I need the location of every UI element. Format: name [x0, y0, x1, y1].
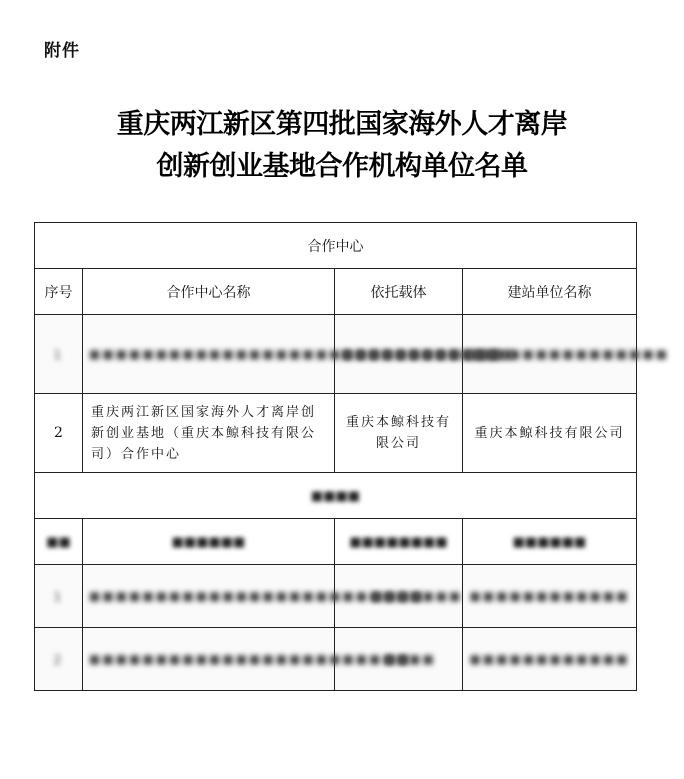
- col-header-carrier: 依托载体: [335, 269, 463, 315]
- cell-unit-name: ■■■■■■■■■■■■: [463, 628, 637, 691]
- table-row: 2 ■■■■■■■■■■■■■■■■■■■■■■■■■■ ■■ ■■■■■■■■…: [35, 628, 637, 691]
- col-header-station-name: ■■■■■■: [83, 519, 335, 565]
- table-row: 2 重庆两江新区国家海外人才离岸创新创业基地（重庆本鲸科技有限公司）合作中心 重…: [35, 394, 637, 473]
- col-header-number: 序号: [35, 269, 83, 315]
- column-header-row: ■■ ■■■■■■ ■■■■■■■■ ■■■■■■: [35, 519, 637, 565]
- section-heading-row: ■■■■: [35, 473, 637, 519]
- cell-unit-name: ■■■■■■■■■■■■■■■: [463, 315, 637, 394]
- cell-number: 1: [35, 315, 83, 394]
- cell-carrier: ■■■■■■■■■■■■: [335, 315, 463, 394]
- column-header-row: 序号 合作中心名称 依托载体 建站单位名称: [35, 269, 637, 315]
- cell-unit-name: 重庆本鲸科技有限公司: [463, 394, 637, 473]
- institution-table: 合作中心 序号 合作中心名称 依托载体 建站单位名称 1 ■■■■■■■■■■■…: [34, 222, 637, 691]
- cell-center-name: 重庆两江新区国家海外人才离岸创新创业基地（重庆本鲸科技有限公司）合作中心: [83, 394, 335, 473]
- cell-carrier: 重庆本鲸科技有限公司: [335, 394, 463, 473]
- section-heading-cooperation-center: 合作中心: [35, 223, 637, 269]
- title-line-1: 重庆两江新区第四批国家海外人才离岸: [0, 104, 684, 146]
- cell-number: 2: [35, 628, 83, 691]
- cell-country-region: ■■: [335, 628, 463, 691]
- attachment-label: 附件: [44, 36, 80, 61]
- table-row: 1 ■■■■■■■■■■■■■■■■■■■■■■■■■■■■ ■■■■ ■■■■…: [35, 565, 637, 628]
- cell-center-name: ■■■■■■■■■■■■■■■■■■■■■■■■■■■■■■■■: [83, 315, 335, 394]
- cell-unit-name: ■■■■■■■■■■■■: [463, 565, 637, 628]
- cell-station-name: ■■■■■■■■■■■■■■■■■■■■■■■■■■■■: [83, 565, 335, 628]
- cell-number: 1: [35, 565, 83, 628]
- col-header-number: ■■: [35, 519, 83, 565]
- col-header-country-region: ■■■■■■■■: [335, 519, 463, 565]
- col-header-unit-name: ■■■■■■: [463, 519, 637, 565]
- col-header-center-name: 合作中心名称: [83, 269, 335, 315]
- section-heading-row: 合作中心: [35, 223, 637, 269]
- col-header-unit-name: 建站单位名称: [463, 269, 637, 315]
- document-title: 重庆两江新区第四批国家海外人才离岸 创新创业基地合作机构单位名单: [0, 104, 684, 188]
- section-heading-overseas-station: ■■■■: [35, 473, 637, 519]
- title-line-2: 创新创业基地合作机构单位名单: [0, 146, 684, 188]
- table-row: 1 ■■■■■■■■■■■■■■■■■■■■■■■■■■■■■■■■ ■■■■■…: [35, 315, 637, 394]
- cell-number: 2: [35, 394, 83, 473]
- cell-country-region: ■■■■: [335, 565, 463, 628]
- cell-station-name: ■■■■■■■■■■■■■■■■■■■■■■■■■■: [83, 628, 335, 691]
